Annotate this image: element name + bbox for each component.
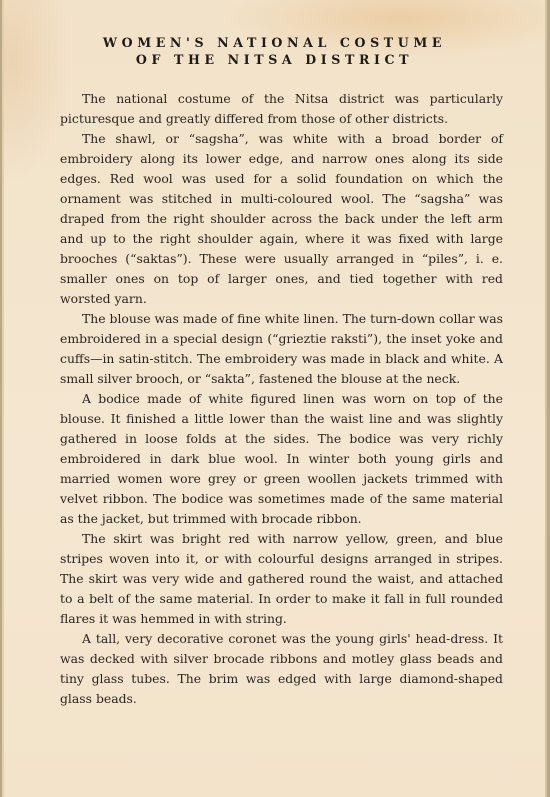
paragraph-bodice: A bodice made of white figured linen was… xyxy=(60,389,503,529)
heading-line-2: OF THE NITSA DISTRICT xyxy=(2,51,547,68)
page-heading: WOMEN'S NATIONAL COSTUME OF THE NITSA DI… xyxy=(2,34,547,68)
paragraph-blouse: The blouse was made of fine white linen.… xyxy=(60,309,503,389)
body-text: The national costume of the Nitsa distri… xyxy=(60,89,503,709)
paragraph-coronet: A tall, very decorative coronet was the … xyxy=(60,629,503,709)
paragraph-shawl: The shawl, or “sagsha”, was white with a… xyxy=(60,129,503,309)
paragraph-intro: The national costume of the Nitsa distri… xyxy=(60,89,503,129)
document-page: WOMEN'S NATIONAL COSTUME OF THE NITSA DI… xyxy=(2,0,547,797)
paragraph-skirt: The skirt was bright red with narrow yel… xyxy=(60,529,503,629)
heading-line-1: WOMEN'S NATIONAL COSTUME xyxy=(2,34,547,51)
